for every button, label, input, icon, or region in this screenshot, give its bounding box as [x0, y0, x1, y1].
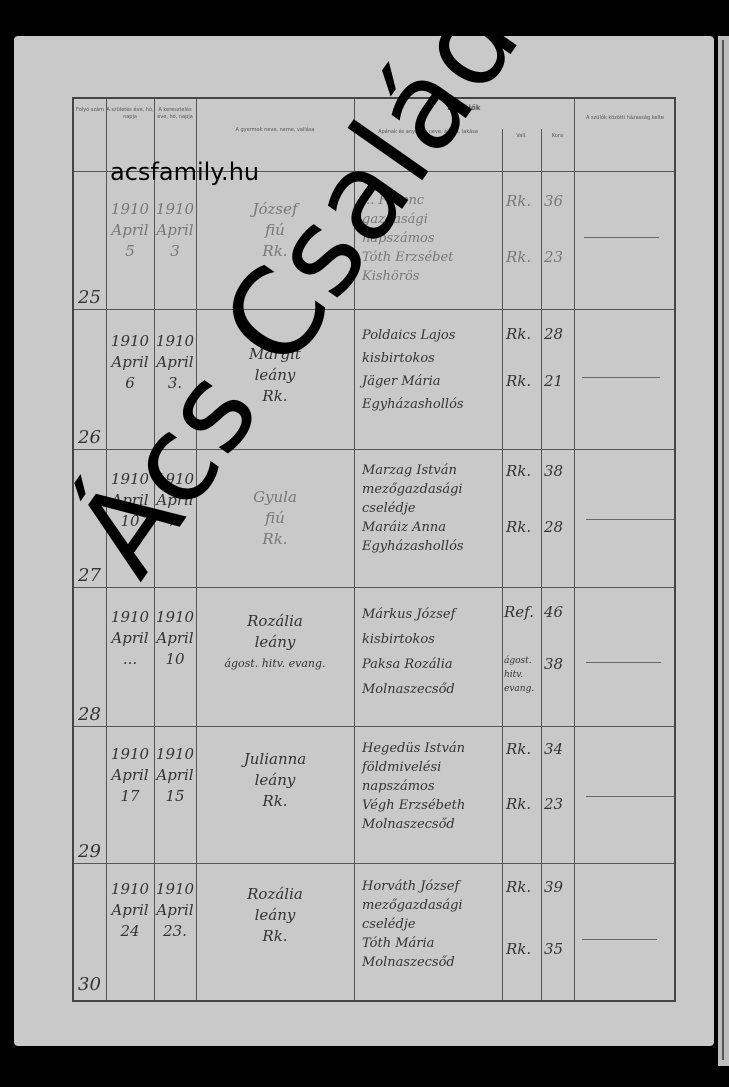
mother-name: Jäger Mária [362, 370, 502, 393]
baptism-day: 15 [154, 786, 196, 807]
baptism-year: 1910 [154, 879, 196, 900]
residence: Egyházashollós [362, 393, 502, 416]
mother-religion: Rk. [506, 371, 531, 392]
father-name: Marzag István [362, 461, 502, 480]
parents-info: Poldaics LajoskisbirtokosJäger MáriaEgyh… [362, 324, 502, 416]
baptism-month: April [154, 765, 196, 786]
father-age: 38 [544, 461, 563, 482]
parents-info: Hegedüs IstvánföldmivelésinapszámosVégh … [362, 739, 502, 834]
header-age: Kora [541, 99, 574, 171]
residence: Molnaszecsőd [362, 815, 502, 834]
marriage-dash [582, 377, 660, 378]
father-age: 34 [544, 739, 563, 760]
birth-year: 1910 [106, 744, 154, 765]
entry-number: 27 [78, 565, 101, 586]
baptism-month: April [154, 220, 196, 241]
watermark-url: acsfamily.hu [110, 158, 259, 186]
entry-number: 25 [78, 287, 101, 308]
child-name: Rozália [196, 611, 354, 632]
divider [74, 863, 674, 864]
father-occupation: mezőgazdasági [362, 480, 502, 499]
residence: Egyházashollós [362, 537, 502, 556]
marriage-dash [586, 519, 674, 520]
baptism-date: 1910April3 [154, 199, 196, 262]
child-religion: Rk. [196, 791, 354, 812]
child-sex: leány [196, 770, 354, 791]
birth-month: April [106, 220, 154, 241]
father-occupation-2: cselédje [362, 499, 502, 518]
baptism-date: 1910April15 [154, 744, 196, 807]
birth-month: April [106, 765, 154, 786]
mother-age: 35 [544, 939, 563, 960]
baptism-day: 23. [154, 921, 196, 942]
child-sex: leány [196, 632, 354, 653]
residence: Molnaszecsőd [362, 953, 502, 972]
father-age: 36 [544, 191, 563, 212]
father-religion: Rk. [506, 324, 531, 345]
child-religion: ágost. hitv. evang. [196, 653, 354, 674]
father-name: Márkus József [362, 602, 502, 627]
father-occupation-2: cselédje [362, 915, 502, 934]
father-religion: Rk. [506, 461, 531, 482]
birth-day: 24 [106, 921, 154, 942]
birth-date: 1910April24 [106, 879, 154, 942]
birth-date: 1910April5 [106, 199, 154, 262]
divider [502, 129, 503, 1000]
father-age: 39 [544, 877, 563, 898]
father-religion: Rk. [506, 191, 531, 212]
baptism-year: 1910 [154, 744, 196, 765]
header-number: Folyó szám [74, 99, 106, 171]
father-occupation: kisbirtokos [362, 627, 502, 652]
birth-month: April [106, 352, 154, 373]
marriage-dash [586, 662, 661, 663]
child-info: RozálialeányRk. [196, 884, 354, 947]
father-occupation: kisbirtokos [362, 347, 502, 370]
parents-info: Marzag IstvánmezőgazdaságicselédjeMaráiz… [362, 461, 502, 556]
mother-religion: Rk. [506, 247, 531, 268]
father-age: 46 [544, 602, 563, 623]
divider [574, 99, 575, 1000]
divider [541, 129, 542, 1000]
child-name: Rozália [196, 884, 354, 905]
child-sex: leány [196, 905, 354, 926]
birth-year: 1910 [106, 199, 154, 220]
child-religion: Rk. [196, 529, 354, 550]
birth-date: 1910April... [106, 607, 154, 670]
marriage-dash [584, 237, 659, 238]
birth-date: 1910April17 [106, 744, 154, 807]
mother-religion: Rk. [506, 794, 531, 815]
baptism-year: 1910 [154, 199, 196, 220]
child-info: JuliannaleányRk. [196, 749, 354, 812]
baptism-year: 1910 [154, 607, 196, 628]
parents-info: Horváth JózsefmezőgazdaságicselédjeTóth … [362, 877, 502, 972]
page-edge-line [722, 40, 724, 1060]
father-occupation: földmivelési [362, 758, 502, 777]
mother-age: 21 [544, 371, 563, 392]
birth-month: April [106, 628, 154, 649]
header-marriage-date: A szülők közötti házasság kelte [574, 99, 676, 171]
mother-age: 23 [544, 794, 563, 815]
birth-year: 1910 [106, 607, 154, 628]
mother-religion: Rk. [506, 517, 531, 538]
father-religion: Rk. [506, 877, 531, 898]
header-religion: Vall. [502, 99, 541, 171]
marriage-dash [582, 939, 657, 940]
divider [74, 726, 674, 727]
marriage-dash [586, 796, 674, 797]
father-age: 28 [544, 324, 563, 345]
mother-name: Paksa Rozália [362, 652, 502, 677]
birth-day: 17 [106, 786, 154, 807]
father-religion: Rk. [506, 739, 531, 760]
birth-year: 1910 [106, 331, 154, 352]
birth-day: ... [106, 649, 154, 670]
divider [74, 309, 674, 310]
mother-name: Maráiz Anna [362, 518, 502, 537]
child-name: Julianna [196, 749, 354, 770]
entry-number: 29 [78, 841, 101, 862]
baptism-day: 3 [154, 241, 196, 262]
father-occupation-2: napszámos [362, 777, 502, 796]
mother-name: Tóth Mária [362, 934, 502, 953]
baptism-day: 10 [154, 649, 196, 670]
father-name: Hegedüs István [362, 739, 502, 758]
mother-age: 23 [544, 247, 563, 268]
parents-info: Márkus JózsefkisbirtokosPaksa RozáliaMol… [362, 602, 502, 702]
birth-month: April [106, 900, 154, 921]
child-religion: Rk. [196, 926, 354, 947]
mother-religion: Rk. [506, 939, 531, 960]
residence: Molnaszecsőd [362, 677, 502, 702]
baptism-month: April [154, 900, 196, 921]
father-religion: Ref. [504, 602, 534, 623]
entry-number: 28 [78, 704, 101, 725]
baptism-date: 1910April10 [154, 607, 196, 670]
child-info: Rozálialeányágost. hitv. evang. [196, 611, 354, 674]
mother-age: 28 [544, 517, 563, 538]
entry-number: 26 [78, 427, 101, 448]
father-occupation: mezőgazdasági [362, 896, 502, 915]
mother-age: 38 [544, 654, 563, 675]
birth-day: 5 [106, 241, 154, 262]
entry-number: 30 [78, 974, 101, 995]
birth-year: 1910 [106, 879, 154, 900]
father-name: Horváth József [362, 877, 502, 896]
baptism-date: 1910April23. [154, 879, 196, 942]
baptism-month: April [154, 628, 196, 649]
mother-name: Végh Erzsébeth [362, 796, 502, 815]
mother-religion: ágost. hitv. evang. [504, 654, 540, 696]
father-name: Poldaics Lajos [362, 324, 502, 347]
